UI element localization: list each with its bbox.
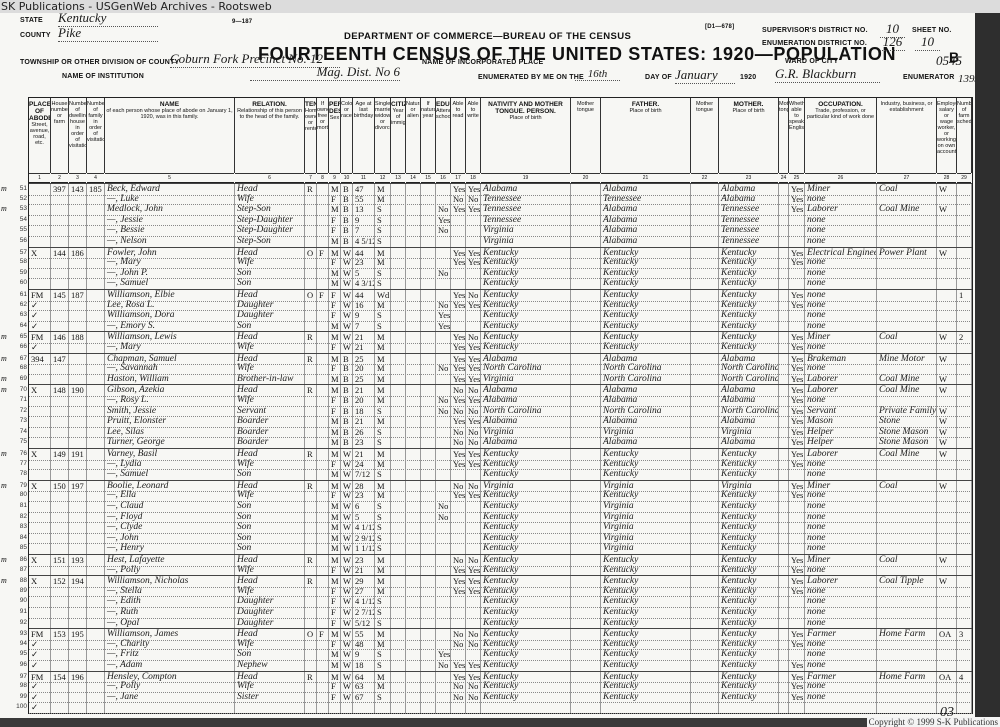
cell-c14 xyxy=(406,194,421,205)
cell-race: W xyxy=(341,565,353,576)
cell-write: No xyxy=(466,639,481,650)
cell-street xyxy=(29,607,51,618)
cell-sex: F xyxy=(329,194,341,205)
cell-race: B xyxy=(341,215,353,226)
cell-house xyxy=(51,194,69,205)
cell-c22 xyxy=(691,363,719,374)
cell-emp xyxy=(937,363,957,374)
column-header: PERSONAL DESCRIPTION.Sex xyxy=(329,98,341,173)
cell-c13 xyxy=(391,236,406,247)
enumerator-name: G.R. Blackburn xyxy=(775,66,880,83)
cell-farm xyxy=(957,236,972,247)
cell-sex: M xyxy=(329,649,341,660)
column-label: Year of immigration xyxy=(391,108,405,126)
cell-c20 xyxy=(571,194,601,205)
line-number: 89 xyxy=(7,586,27,597)
cell-name: Medlock, John xyxy=(105,204,235,215)
cell-read xyxy=(451,596,466,607)
cell-relation: Wife xyxy=(235,681,305,692)
cell-tenure xyxy=(305,225,317,236)
cell-family xyxy=(87,618,105,629)
cell-street xyxy=(29,437,51,448)
cell-marital: M xyxy=(375,639,391,650)
cell-occ: none xyxy=(805,321,877,332)
cell-farm xyxy=(957,310,972,321)
cell-marital: S xyxy=(375,533,391,544)
cell-c15 xyxy=(421,639,436,650)
cell-birth: Kentucky xyxy=(481,660,571,671)
cell-school xyxy=(436,702,451,713)
cell-ind xyxy=(877,533,937,544)
cell-occ: none xyxy=(805,363,877,374)
cell-fbirth: Kentucky xyxy=(601,268,691,279)
cell-race: W xyxy=(341,692,353,703)
column-label: Able to read xyxy=(451,101,465,119)
cell-race: W xyxy=(341,533,353,544)
cell-fbirth: Kentucky xyxy=(601,342,691,353)
cell-c14 xyxy=(406,543,421,554)
cell-emp xyxy=(937,681,957,692)
cell-sex: M xyxy=(329,236,341,247)
cell-c24 xyxy=(779,702,789,713)
cell-c15 xyxy=(421,681,436,692)
cell-c22 xyxy=(691,660,719,671)
cell-farm xyxy=(957,204,972,215)
cell-farm xyxy=(957,374,972,385)
cell-eng: Yes xyxy=(789,660,805,671)
cell-farm xyxy=(957,512,972,523)
cell-eng: Yes xyxy=(789,300,805,311)
cell-name: —, Stella xyxy=(105,586,235,597)
cell-c24 xyxy=(779,278,789,289)
cell-c14 xyxy=(406,437,421,448)
cell-c15 xyxy=(421,512,436,523)
enumerator-label: ENUMERATOR xyxy=(903,74,955,81)
cell-fbirth: Kentucky xyxy=(601,607,691,618)
cell-c15 xyxy=(421,416,436,427)
cell-ind: Stone Mason xyxy=(877,437,937,448)
cell-age: 5 xyxy=(353,268,375,279)
form-code: 9—187 xyxy=(232,19,252,25)
cell-c22 xyxy=(691,565,719,576)
line-number: 54 xyxy=(7,215,27,226)
cell-street: ✓ xyxy=(29,310,51,321)
column-header: TENURE.Home owned or rented xyxy=(305,98,317,173)
cell-occ: Helper xyxy=(805,437,877,448)
cell-family xyxy=(87,374,105,385)
cell-c13 xyxy=(391,437,406,448)
column-label: Whether able to speak English xyxy=(789,101,804,131)
cell-name: —, Jessie xyxy=(105,215,235,226)
cell-relation: Wife xyxy=(235,257,305,268)
cell-farm xyxy=(957,427,972,438)
cell-c24 xyxy=(779,257,789,268)
cell-age: 48 xyxy=(353,639,375,650)
cell-race: W xyxy=(341,543,353,554)
cell-family xyxy=(87,649,105,660)
cell-house xyxy=(51,427,69,438)
cell-family xyxy=(87,406,105,417)
cell-c20 xyxy=(571,321,601,332)
cell-family xyxy=(87,225,105,236)
cell-c22 xyxy=(691,300,719,311)
column-number: 18 xyxy=(466,173,480,183)
cell-race: B xyxy=(341,204,353,215)
column-header: Naturalized or alien xyxy=(406,98,421,173)
enumeration-year: 1920 xyxy=(740,74,756,81)
cell-c14 xyxy=(406,522,421,533)
cell-tenure xyxy=(305,512,317,523)
cell-family xyxy=(87,194,105,205)
cell-mort xyxy=(317,268,329,279)
cell-farm xyxy=(957,607,972,618)
cell-age: 5 xyxy=(353,512,375,523)
cell-race: W xyxy=(341,257,353,268)
cell-dwelling xyxy=(69,639,87,650)
cell-race: W xyxy=(341,310,353,321)
cell-c20 xyxy=(571,268,601,279)
cell-write xyxy=(466,278,481,289)
census-sheet: STATE Kentucky COUNTY Pike 9—187 DEPARTM… xyxy=(0,13,975,718)
cell-c20 xyxy=(571,363,601,374)
cell-occ: none xyxy=(805,490,877,501)
cell-c24 xyxy=(779,660,789,671)
cell-mort xyxy=(317,363,329,374)
column-label: Color or race xyxy=(341,101,352,119)
line-number: 80 xyxy=(7,490,27,501)
cell-house xyxy=(51,586,69,597)
cell-c24 xyxy=(779,565,789,576)
cell-c20 xyxy=(571,406,601,417)
cell-school xyxy=(436,522,451,533)
cell-dwelling xyxy=(69,278,87,289)
cell-tenure xyxy=(305,469,317,480)
cell-family xyxy=(87,427,105,438)
cell-emp: W xyxy=(937,437,957,448)
cell-fbirth: Alabama xyxy=(601,215,691,226)
cell-street: ✓ xyxy=(29,639,51,650)
cell-fbirth: Virginia xyxy=(601,501,691,512)
cell-relation: Boarder xyxy=(235,427,305,438)
column-header: Mother tongue xyxy=(571,98,601,173)
cell-c20 xyxy=(571,649,601,660)
cell-ind xyxy=(877,469,937,480)
cell-farm xyxy=(957,225,972,236)
cell-age: 21 xyxy=(353,342,375,353)
cell-write: No xyxy=(466,681,481,692)
cell-relation: Wife xyxy=(235,639,305,650)
cell-write xyxy=(466,543,481,554)
cell-write: Yes xyxy=(466,565,481,576)
column-number: 15 xyxy=(421,173,435,183)
cell-eng xyxy=(789,321,805,332)
cell-read: Yes xyxy=(451,257,466,268)
cell-race: B xyxy=(341,236,353,247)
cell-marital: S xyxy=(375,321,391,332)
margin-mark: m xyxy=(1,204,19,215)
sheet-value: 10 xyxy=(915,34,940,51)
cell-mort xyxy=(317,225,329,236)
cell-tenure xyxy=(305,310,317,321)
cell-c13 xyxy=(391,300,406,311)
cell-ind xyxy=(877,501,937,512)
cell-birth: Kentucky xyxy=(481,501,571,512)
cell-dwelling xyxy=(69,416,87,427)
cell-farm xyxy=(957,681,972,692)
line-number: 78 xyxy=(7,469,27,480)
cell-marital: M xyxy=(375,586,391,597)
column-group-label: PLACE OF ABODE. xyxy=(29,98,50,122)
cell-sex: F xyxy=(329,565,341,576)
line-number: 91 xyxy=(7,607,27,618)
line-number: 81 xyxy=(7,501,27,512)
cell-ind xyxy=(877,236,937,247)
column-label: House number or farm xyxy=(51,101,68,125)
line-number: 98 xyxy=(7,681,27,692)
cell-occ xyxy=(805,702,877,713)
cell-tenure xyxy=(305,533,317,544)
cell-occ: Helper xyxy=(805,427,877,438)
cell-relation: Son xyxy=(235,278,305,289)
cell-relation: Wife xyxy=(235,342,305,353)
cell-tenure xyxy=(305,543,317,554)
cell-tenure xyxy=(305,459,317,470)
cell-sex: F xyxy=(329,639,341,650)
column-number: 28 xyxy=(937,173,956,183)
cell-c24 xyxy=(779,321,789,332)
cell-name: —, Polly xyxy=(105,681,235,692)
cell-c22 xyxy=(691,702,719,713)
cell-age: 16 xyxy=(353,300,375,311)
cell-c24 xyxy=(779,618,789,629)
cell-c13 xyxy=(391,427,406,438)
cell-ind xyxy=(877,363,937,374)
cell-c24 xyxy=(779,194,789,205)
cell-age: 26 xyxy=(353,427,375,438)
cell-c20 xyxy=(571,225,601,236)
cell-name: —, Samuel xyxy=(105,469,235,480)
column-group-label: MOTHER. xyxy=(719,98,778,108)
column-label: of each person whose place of abode on J… xyxy=(105,108,234,120)
cell-fbirth: Virginia xyxy=(601,522,691,533)
cell-farm xyxy=(957,321,972,332)
cell-eng: Yes xyxy=(789,395,805,406)
cell-dwelling xyxy=(69,342,87,353)
cell-mbirth: Kentucky xyxy=(719,543,779,554)
cell-write: Yes xyxy=(466,660,481,671)
cell-birth: Alabama xyxy=(481,437,571,448)
cell-c13 xyxy=(391,501,406,512)
column-group-label: NAME xyxy=(105,98,234,108)
cell-eng: Yes xyxy=(789,257,805,268)
column-label: Mother tongue xyxy=(779,101,788,113)
cell-mbirth xyxy=(719,702,779,713)
cell-ind xyxy=(877,692,937,703)
cell-family xyxy=(87,215,105,226)
cell-fbirth: Kentucky xyxy=(601,649,691,660)
cell-age: 21 xyxy=(353,565,375,576)
cell-birth: North Carolina xyxy=(481,406,571,417)
cell-c15 xyxy=(421,300,436,311)
cell-house xyxy=(51,225,69,236)
cell-street xyxy=(29,225,51,236)
cell-school xyxy=(436,427,451,438)
column-header: Able to write xyxy=(466,98,481,173)
cell-c24 xyxy=(779,522,789,533)
column-label: Employer, salary or wage worker, or work… xyxy=(937,101,956,155)
cell-fbirth: North Carolina xyxy=(601,406,691,417)
cell-mbirth: Kentucky xyxy=(719,278,779,289)
cell-read xyxy=(451,522,466,533)
cell-house xyxy=(51,501,69,512)
cell-write xyxy=(466,225,481,236)
cell-c20 xyxy=(571,416,601,427)
cell-marital: M xyxy=(375,363,391,374)
cell-race: W xyxy=(341,300,353,311)
cell-birth: Tennessee xyxy=(481,204,571,215)
cell-c13 xyxy=(391,565,406,576)
county-label: COUNTY xyxy=(20,32,51,39)
cell-dwelling xyxy=(69,374,87,385)
cell-read xyxy=(451,469,466,480)
column-number: 20 xyxy=(571,173,600,183)
cell-eng xyxy=(789,512,805,523)
cell-fbirth: Kentucky xyxy=(601,459,691,470)
cell-emp xyxy=(937,692,957,703)
cell-tenure xyxy=(305,194,317,205)
cell-c20 xyxy=(571,215,601,226)
cell-c20 xyxy=(571,596,601,607)
cell-c24 xyxy=(779,512,789,523)
cell-read: No xyxy=(451,194,466,205)
cell-dwelling xyxy=(69,469,87,480)
cell-relation: Wife xyxy=(235,395,305,406)
cell-write: Yes xyxy=(466,300,481,311)
cell-tenure xyxy=(305,342,317,353)
cell-name: —, Rosy L. xyxy=(105,395,235,406)
cell-race: W xyxy=(341,639,353,650)
cell-farm xyxy=(957,543,972,554)
cell-eng: Yes xyxy=(789,416,805,427)
cell-c13 xyxy=(391,395,406,406)
cell-eng xyxy=(789,702,805,713)
cell-name: —, Nelson xyxy=(105,236,235,247)
cell-race: B xyxy=(341,437,353,448)
cell-c24 xyxy=(779,342,789,353)
cell-marital: S xyxy=(375,692,391,703)
cell-sex: M xyxy=(329,543,341,554)
cell-street: ✓ xyxy=(29,660,51,671)
cell-school: No xyxy=(436,512,451,523)
cell-ind xyxy=(877,194,937,205)
cell-dwelling xyxy=(69,363,87,374)
cell-race: B xyxy=(341,427,353,438)
cell-school: No xyxy=(436,406,451,417)
cell-c24 xyxy=(779,490,789,501)
cell-write xyxy=(466,596,481,607)
column-label: Place of birth xyxy=(719,108,778,114)
cell-farm xyxy=(957,692,972,703)
cell-eng: Yes xyxy=(789,459,805,470)
cell-house xyxy=(51,702,69,713)
cell-fbirth: Kentucky xyxy=(601,596,691,607)
cell-read: No xyxy=(451,406,466,417)
cell-c24 xyxy=(779,268,789,279)
cell-school: No xyxy=(436,501,451,512)
cell-name: —, Adam xyxy=(105,660,235,671)
cell-c14 xyxy=(406,490,421,501)
cell-school xyxy=(436,278,451,289)
cell-family xyxy=(87,565,105,576)
cell-c20 xyxy=(571,257,601,268)
cell-c22 xyxy=(691,618,719,629)
cell-marital: S xyxy=(375,543,391,554)
cell-c14 xyxy=(406,204,421,215)
cell-c14 xyxy=(406,374,421,385)
cell-read: Yes xyxy=(451,459,466,470)
cell-school: Yes xyxy=(436,649,451,660)
cell-farm xyxy=(957,406,972,417)
cell-family xyxy=(87,596,105,607)
cell-c22 xyxy=(691,692,719,703)
cell-occ: none xyxy=(805,522,877,533)
cell-fbirth: Kentucky xyxy=(601,490,691,501)
census-table: PLACE OF ABODE.Street, avenue, road, etc… xyxy=(28,97,973,714)
cell-street: ✓ xyxy=(29,692,51,703)
cell-marital: M xyxy=(375,490,391,501)
line-number: 72 xyxy=(7,406,27,417)
cell-mbirth: Virginia xyxy=(719,427,779,438)
cell-marital: S xyxy=(375,660,391,671)
cell-fbirth: Kentucky xyxy=(601,278,691,289)
cell-relation: Daughter xyxy=(235,596,305,607)
cell-marital: M xyxy=(375,681,391,692)
department-heading: DEPARTMENT OF COMMERCE—BUREAU OF THE CEN… xyxy=(344,31,631,42)
cell-street xyxy=(29,469,51,480)
cell-house xyxy=(51,215,69,226)
cell-sex: M xyxy=(329,374,341,385)
cell-mort xyxy=(317,512,329,523)
cell-marital: S xyxy=(375,225,391,236)
cell-race: W xyxy=(341,649,353,660)
cell-mbirth: Kentucky xyxy=(719,268,779,279)
line-number: 99 xyxy=(7,692,27,703)
cell-read xyxy=(451,278,466,289)
cell-dwelling xyxy=(69,437,87,448)
cell-relation: Son xyxy=(235,321,305,332)
cell-age: 23 xyxy=(353,490,375,501)
cell-race: B xyxy=(341,416,353,427)
cell-mbirth: Kentucky xyxy=(719,300,779,311)
cell-race: W xyxy=(341,618,353,629)
cell-marital: S xyxy=(375,607,391,618)
cell-street: ✓ xyxy=(29,702,51,713)
cell-tenure xyxy=(305,437,317,448)
cell-tenure xyxy=(305,607,317,618)
cell-name: —, John P. xyxy=(105,268,235,279)
column-number: 24 xyxy=(779,173,788,183)
cell-birth: Alabama xyxy=(481,395,571,406)
cell-age: 23 xyxy=(353,437,375,448)
cell-marital: M xyxy=(375,395,391,406)
cell-c14 xyxy=(406,501,421,512)
cell-birth: Tennessee xyxy=(481,194,571,205)
cell-fbirth: Kentucky xyxy=(601,618,691,629)
cell-mort xyxy=(317,278,329,289)
cell-family xyxy=(87,268,105,279)
cell-c24 xyxy=(779,533,789,544)
line-number: 56 xyxy=(7,236,27,247)
